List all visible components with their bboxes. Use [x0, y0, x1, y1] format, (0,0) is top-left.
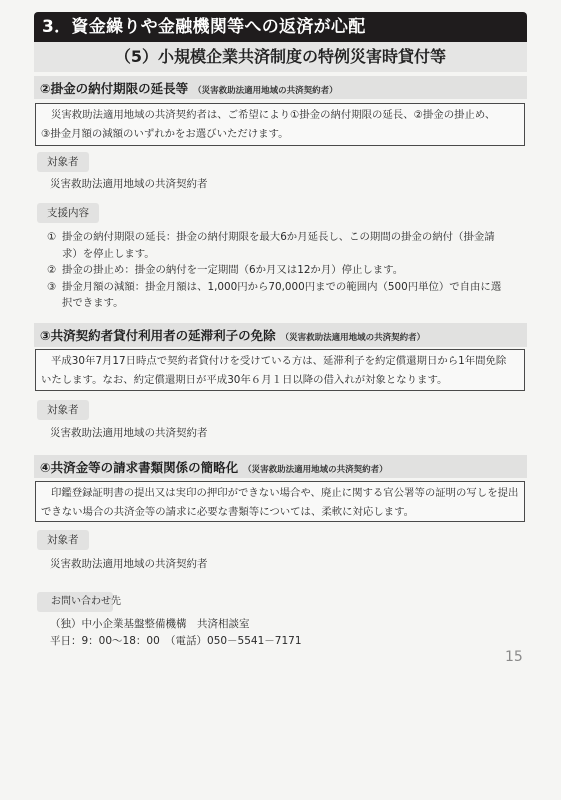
section-2-target-label: 対象者: [37, 152, 89, 172]
description-line: できない場合の共済金等の請求に必要な書類等については、柔軟に対応します。: [41, 503, 520, 522]
description-line: ③掛金月額の減額のいずれかをお選びいただけます。: [41, 125, 520, 144]
list-item: ③ 掛金月額の減額：掛金月額は、1,000円から70,000円までの範囲内（50…: [47, 279, 501, 312]
section-4-target-text: 災害救助法適用地域の共済契約者: [50, 556, 208, 572]
section-2-title: ②掛金の納付期限の延長等: [40, 81, 188, 96]
list-marker: ③: [47, 279, 62, 312]
section-subtitle: （5）小規模企業共済制度の特例災害時貸付等: [34, 42, 527, 72]
section-3-target-label: 対象者: [37, 400, 89, 420]
list-marker: ①: [47, 229, 62, 262]
section-3-description-box: 平成30年7月17日時点で契約者貸付けを受けている方は、延滞利子を約定償還期日か…: [35, 349, 525, 391]
section-4-header: ④共済金等の請求書類関係の簡略化（災害救助法適用地域の共済契約者）: [34, 455, 527, 478]
section-4-title: ④共済金等の請求書類関係の簡略化: [40, 460, 238, 475]
page-number: 15: [505, 649, 523, 665]
section-3-title: ③共済契約者貸付利用者の延滞利子の免除: [40, 328, 276, 343]
chapter-header: 3．資金繰りや金融機関等への返済が心配: [34, 12, 527, 42]
section-4-note: （災害救助法適用地域の共済契約者）: [243, 465, 388, 475]
contact-label: お問い合わせ先: [37, 592, 113, 612]
contact-organization: （独）中小企業基盤整備機構 共済相談室: [50, 616, 250, 633]
section-4-target-label: 対象者: [37, 530, 89, 550]
list-item-line: 択できます。: [62, 295, 501, 312]
section-2-header: ②掛金の納付期限の延長等（災害救助法適用地域の共済契約者）: [34, 76, 527, 99]
support-list: ① 掛金の納付期限の延長：掛金の納付期限を最大6か月延長し、この期間の掛金の納付…: [47, 229, 501, 312]
description-line: 災害救助法適用地域の共済契約者は、ご希望により①掛金の納付期限の延長、②掛金の掛…: [41, 106, 520, 125]
description-line: いたします。なお、約定償還期日が平成30年６月１日以降の借入れが対象となります。: [41, 371, 520, 390]
section-2-target-text: 災害救助法適用地域の共済契約者: [50, 176, 208, 192]
section-2-note: （災害救助法適用地域の共済契約者）: [193, 86, 338, 96]
contact-hours-phone: 平日：9：00～18：00 （電話）050－5541－7171: [50, 633, 302, 650]
section-4-description-box: 印鑑登録証明書の提出又は実印の押印ができない場合や、廃止に関する官公署等の証明の…: [35, 481, 525, 522]
section-3-header: ③共済契約者貸付利用者の延滞利子の免除（災害救助法適用地域の共済契約者）: [34, 323, 527, 347]
list-item-line: 掛金の納付期限の延長：掛金の納付期限を最大6か月延長し、この期間の掛金の納付（掛…: [62, 229, 495, 246]
section-2-description-box: 災害救助法適用地域の共済契約者は、ご希望により①掛金の納付期限の延長、②掛金の掛…: [35, 103, 525, 146]
list-item: ② 掛金の掛止め：掛金の納付を一定期間（6か月又は12か月）停止します。: [47, 262, 501, 279]
list-item-line: 求）を停止します。: [62, 246, 495, 263]
section-3-note: （災害救助法適用地域の共済契約者）: [281, 333, 426, 343]
list-item-line: 掛金の掛止め：掛金の納付を一定期間（6か月又は12か月）停止します。: [62, 262, 403, 279]
list-marker: ②: [47, 262, 62, 279]
description-line: 平成30年7月17日時点で契約者貸付けを受けている方は、延滞利子を約定償還期日か…: [41, 352, 520, 371]
section-3-target-text: 災害救助法適用地域の共済契約者: [50, 425, 208, 441]
list-item-line: 掛金月額の減額：掛金月額は、1,000円から70,000円までの範囲内（500円…: [62, 279, 501, 296]
description-line: 印鑑登録証明書の提出又は実印の押印ができない場合や、廃止に関する官公署等の証明の…: [41, 484, 520, 503]
list-item: ① 掛金の納付期限の延長：掛金の納付期限を最大6か月延長し、この期間の掛金の納付…: [47, 229, 501, 262]
section-2-support-label: 支援内容: [37, 203, 99, 223]
